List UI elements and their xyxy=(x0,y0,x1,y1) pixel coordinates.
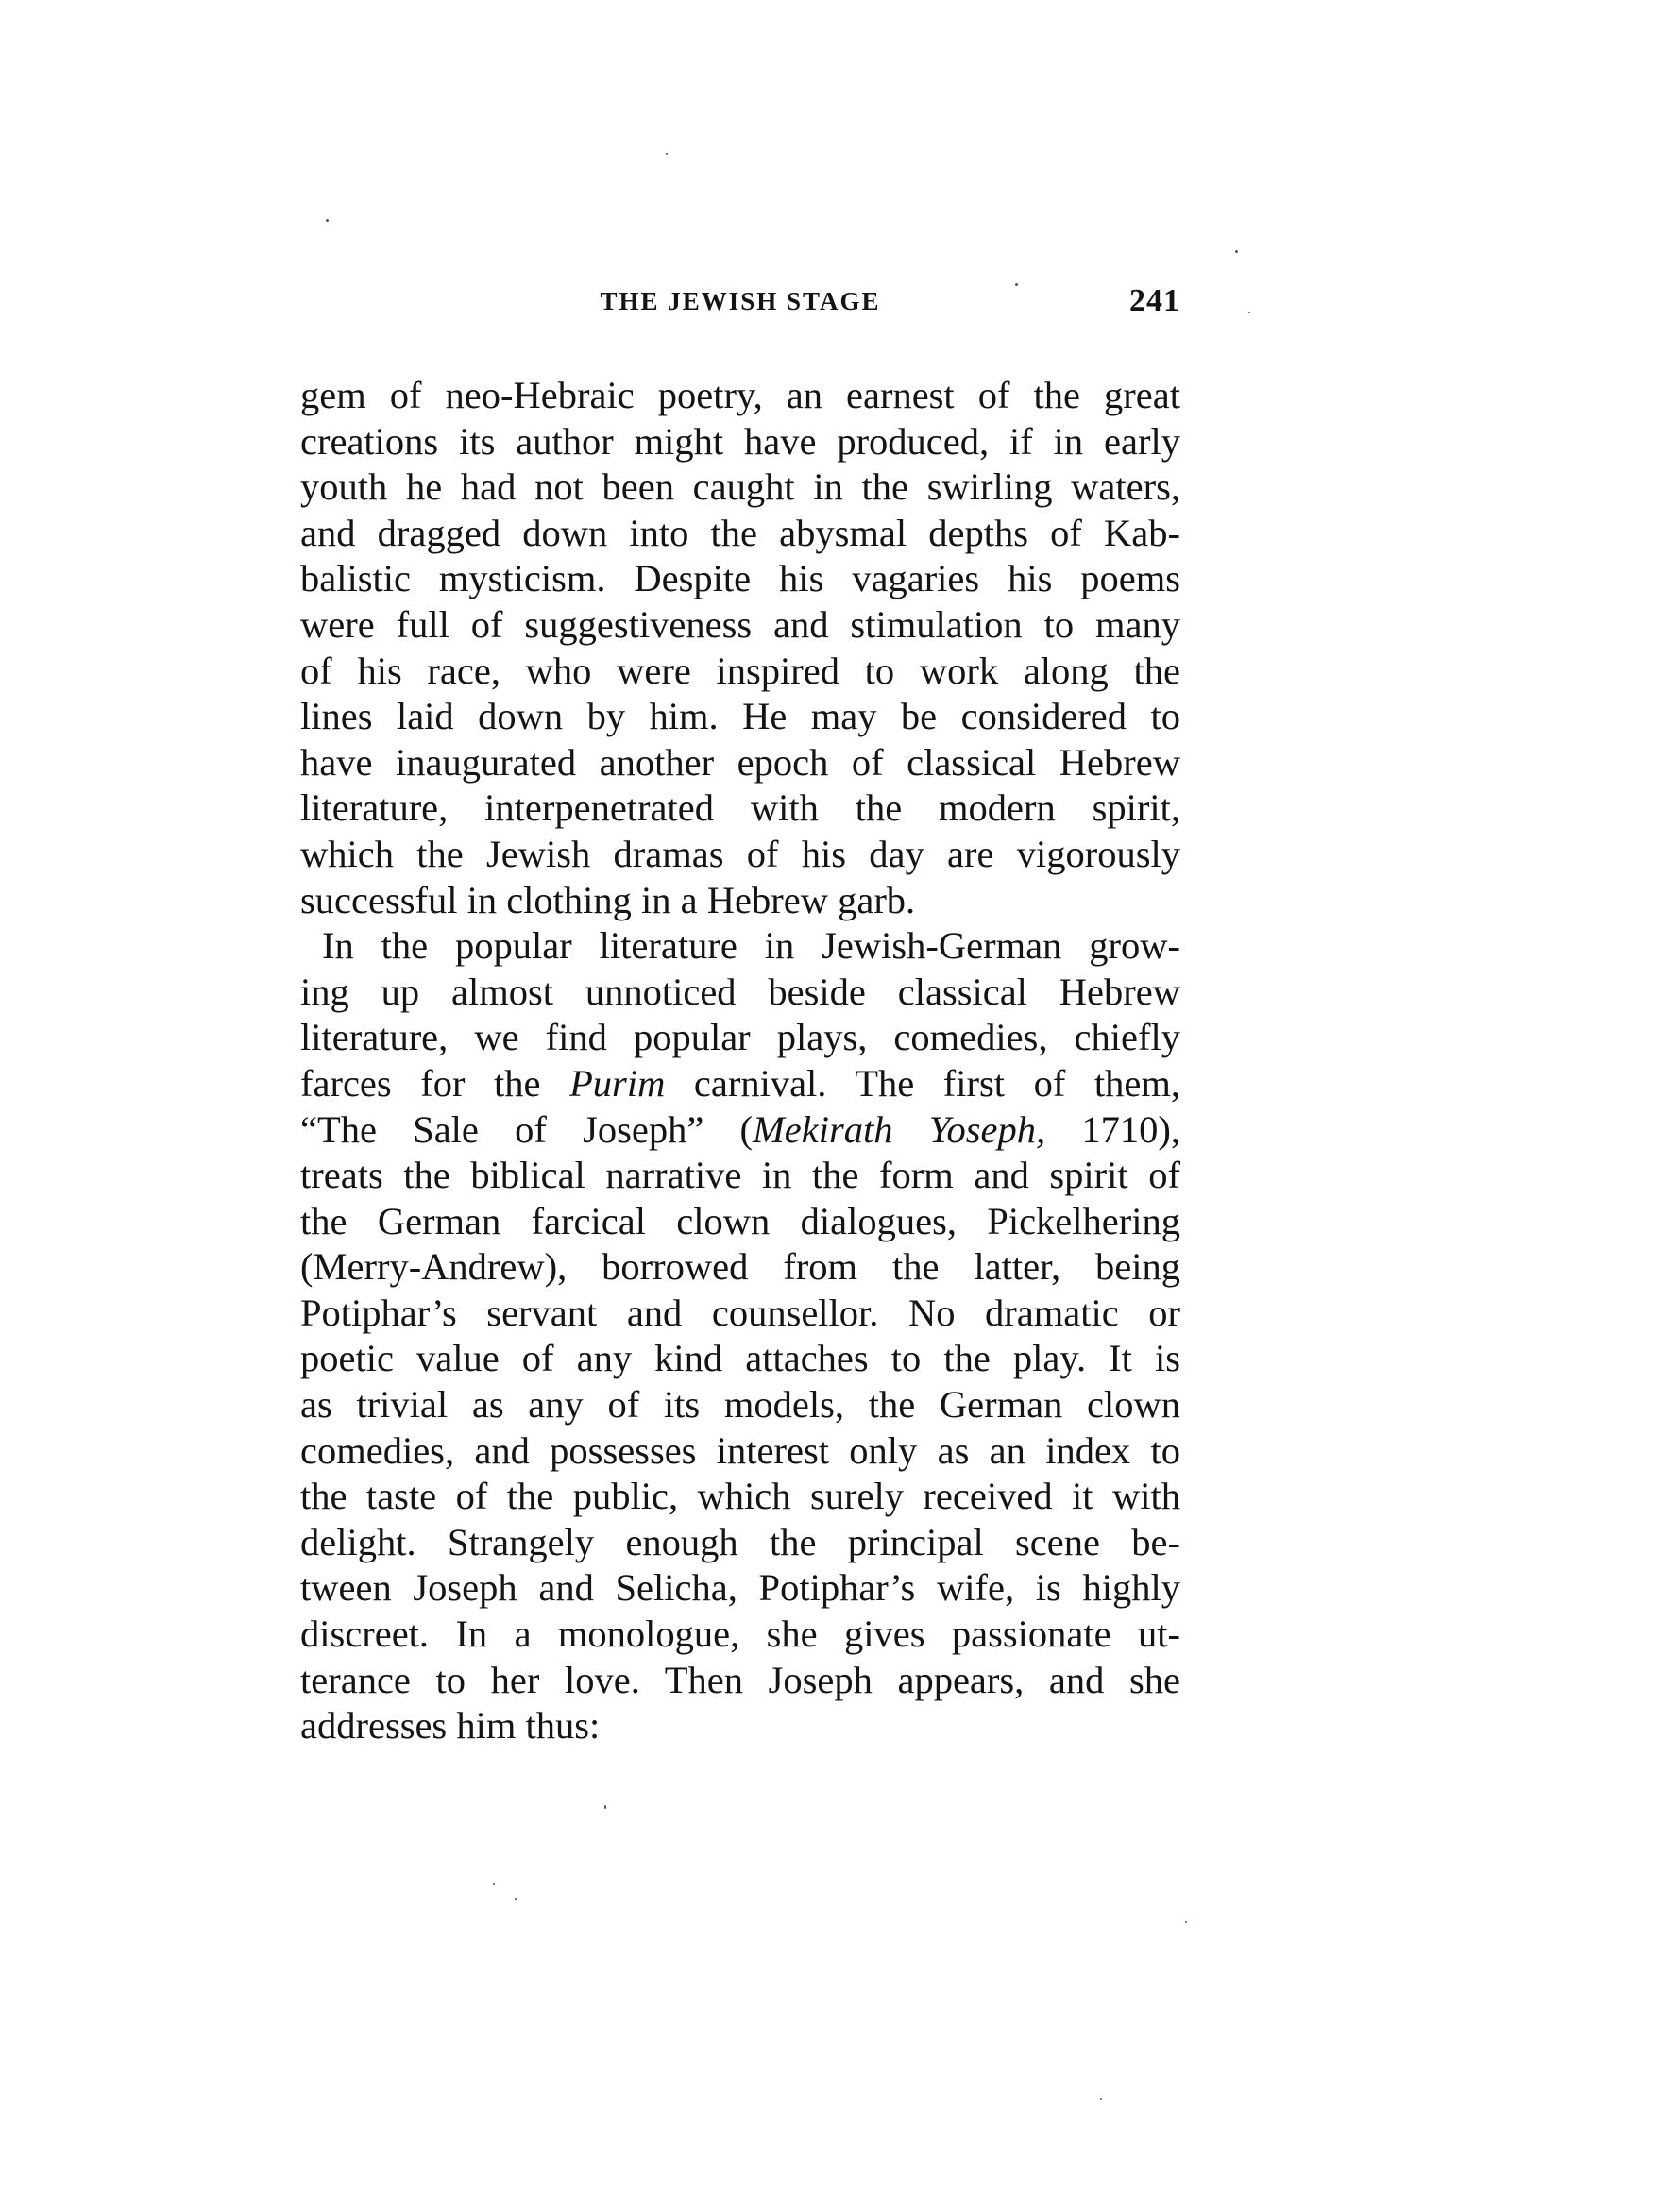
text-line: were full of suggestiveness and stimulat… xyxy=(300,602,1180,649)
text-line: terance to her love. Then Joseph appears… xyxy=(300,1658,1180,1704)
scan-speck xyxy=(666,153,668,155)
running-head: THE JEWISH STAGE 241 xyxy=(300,283,1180,321)
text-line: have inaugurated another epoch of classi… xyxy=(300,740,1180,786)
text-line: and dragged down into the abysmal depths… xyxy=(300,511,1180,557)
text-line: discreet. In a monologue, she gives pass… xyxy=(300,1612,1180,1658)
scan-speck xyxy=(515,1898,517,1900)
scan-speck xyxy=(1100,2098,1102,2100)
page-number: 241 xyxy=(1129,283,1180,319)
text-line: tween Joseph and Selicha, Potiphar’s wif… xyxy=(300,1565,1180,1612)
text-line: In the popular literature in Jewish-Germ… xyxy=(300,923,1180,970)
text-run: “The Sale of Joseph” ( xyxy=(300,1108,753,1151)
text-line: “The Sale of Joseph” (Mekirath Yoseph, 1… xyxy=(300,1107,1180,1154)
text-line: successful in clothing in a Hebrew garb. xyxy=(300,878,1180,924)
text-line: (Merry-Andrew), borrowed from the latter… xyxy=(300,1244,1180,1291)
italic-title: Mekirath Yoseph, xyxy=(753,1108,1045,1151)
text-line: the taste of the public, which surely re… xyxy=(300,1474,1180,1520)
text-line: literature, interpenetrated with the mod… xyxy=(300,785,1180,832)
text-line: which the Jewish dramas of his day are v… xyxy=(300,832,1180,878)
scan-speck xyxy=(326,219,329,222)
text-line: as trivial as any of its models, the Ger… xyxy=(300,1382,1180,1428)
text-run: 1710), xyxy=(1045,1108,1180,1151)
text-line: farces for the Purim carnival. The first… xyxy=(300,1061,1180,1107)
text-line: gem of neo-Hebraic poetry, an earnest of… xyxy=(300,373,1180,419)
text-line: of his race, who were inspired to work a… xyxy=(300,649,1180,695)
body-text: gem of neo-Hebraic poetry, an earnest of… xyxy=(300,373,1180,1749)
scan-speck xyxy=(1015,283,1018,286)
text-line: Potiphar’s servant and counsellor. No dr… xyxy=(300,1291,1180,1337)
scan-speck xyxy=(1185,1921,1187,1923)
text-line: ing up almost unnoticed beside classical… xyxy=(300,970,1180,1016)
text-line: treats the biblical narrative in the for… xyxy=(300,1153,1180,1199)
text-line: comedies, and possesses interest only as… xyxy=(300,1428,1180,1475)
scan-speck xyxy=(1235,250,1238,253)
book-page: THE JEWISH STAGE 241 gem of neo-Hebraic … xyxy=(0,0,1661,2212)
scan-speck xyxy=(493,1883,495,1885)
scan-speck xyxy=(1248,312,1250,313)
text-line: creations its author might have produced… xyxy=(300,419,1180,465)
text-line: poetic value of any kind attaches to the… xyxy=(300,1336,1180,1382)
scan-speck xyxy=(604,1805,606,1809)
italic-title: Purim xyxy=(569,1062,665,1105)
text-line: addresses him thus: xyxy=(300,1703,1180,1749)
text-run: farces for the xyxy=(300,1062,569,1105)
text-line: youth he had not been caught in the swir… xyxy=(300,464,1180,511)
text-line: balistic mysticism. Despite his vagaries… xyxy=(300,556,1180,602)
text-line: literature, we find popular plays, comed… xyxy=(300,1015,1180,1061)
text-line: delight. Strangely enough the principal … xyxy=(300,1520,1180,1566)
running-title: THE JEWISH STAGE xyxy=(300,287,1180,316)
text-run: carnival. The first of them, xyxy=(665,1062,1180,1105)
text-line: the German farcical clown dialogues, Pic… xyxy=(300,1199,1180,1245)
text-line: lines laid down by him. He may be consid… xyxy=(300,694,1180,740)
